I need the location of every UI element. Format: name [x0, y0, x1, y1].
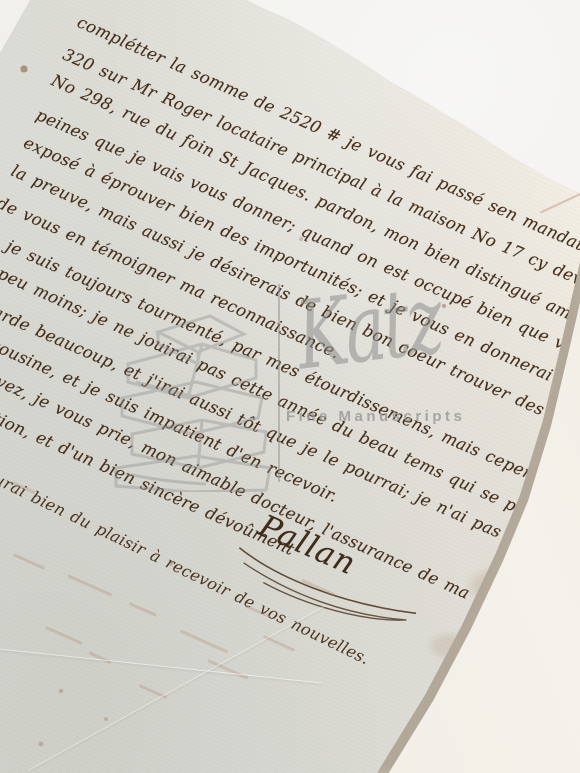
paper-crease [28, 605, 326, 771]
paper-crease [0, 648, 322, 683]
showthrough-mark [540, 192, 580, 213]
manuscript-photo: complétter la somme de 2520 # je vous fa… [0, 0, 580, 773]
